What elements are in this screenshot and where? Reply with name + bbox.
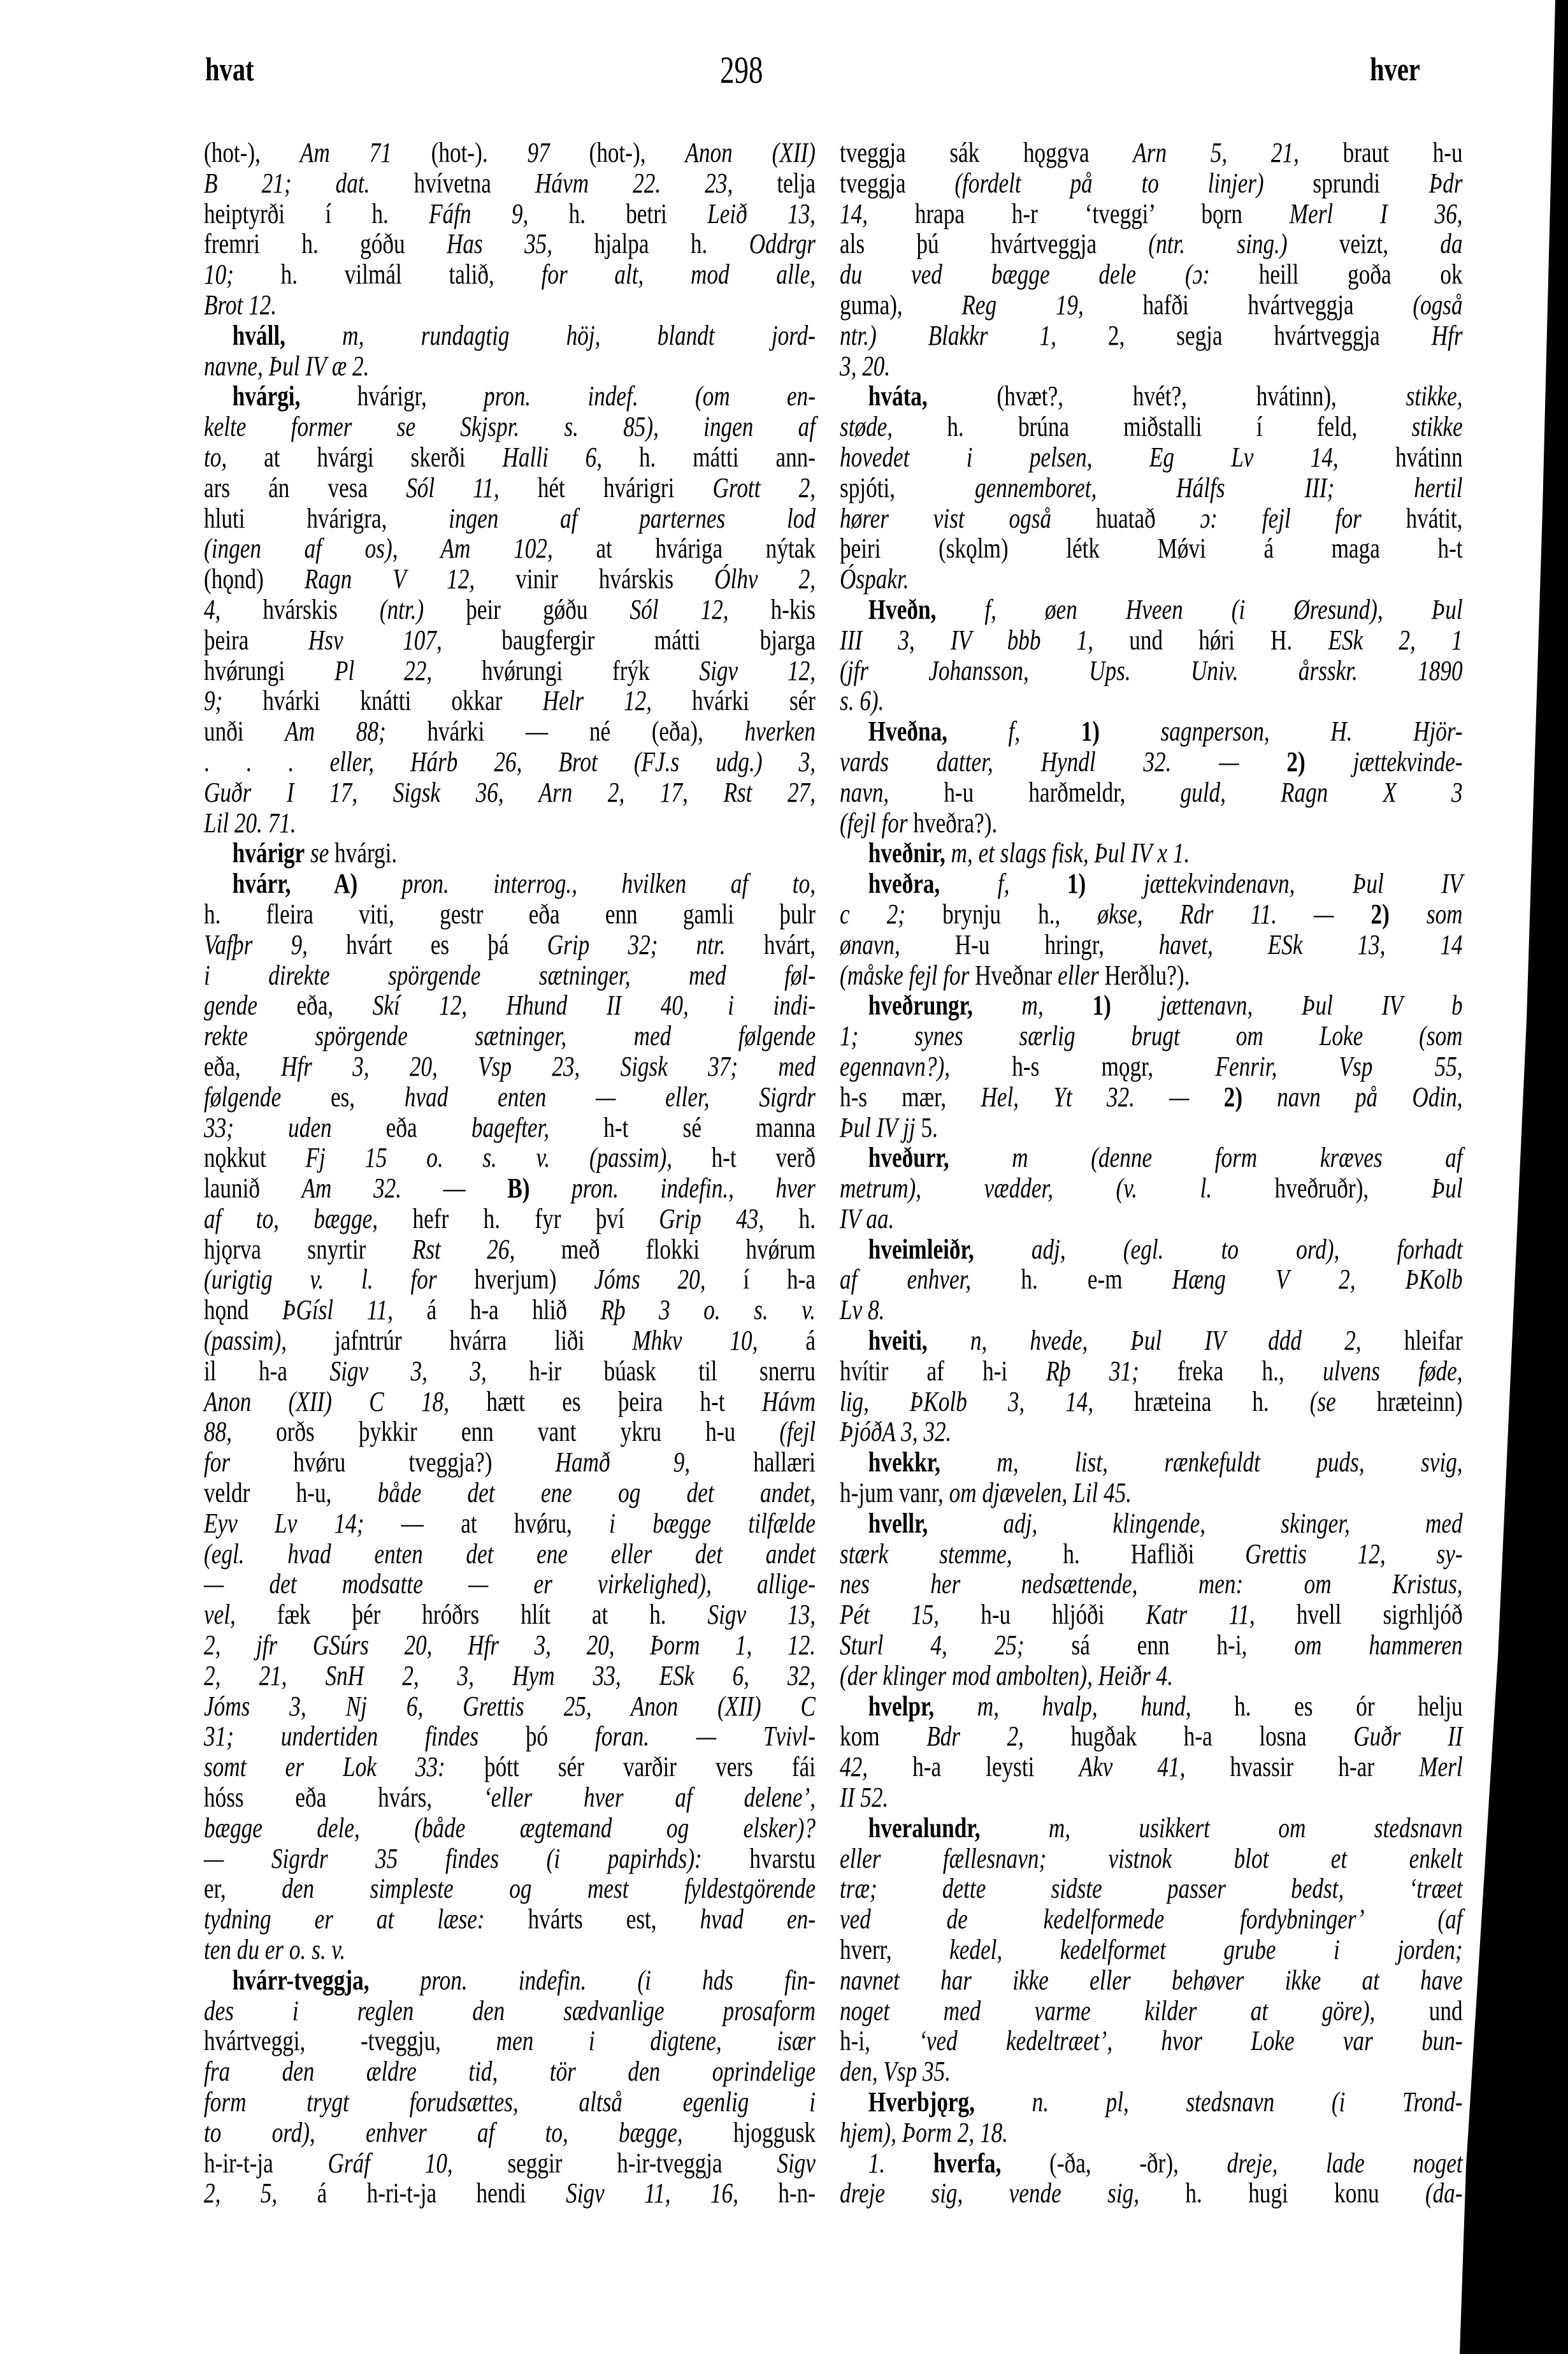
italic-text: eller, Hárb 26, Brot (FJ.s udg.) 3,: [330, 746, 816, 777]
text-line: (hot-), Am 71 (hot-). 97 (hot-), Anon (X…: [204, 138, 816, 168]
roman-text: hvárt es þá: [308, 929, 547, 960]
italic-text: Oddrgr: [749, 228, 816, 259]
italic-text: Anon (XII) C 18,: [204, 1386, 449, 1417]
italic-text: Am 32.: [302, 1173, 401, 1204]
italic-text: s. 6).: [840, 685, 884, 716]
italic-text: ønavn,: [840, 929, 900, 960]
roman-text: hverjum): [437, 1264, 594, 1295]
italic-text: Ragn V 12,: [305, 563, 475, 595]
headword: B): [507, 1173, 529, 1204]
text-line: bægge dele, (både ægtemand og elsker)?: [204, 1813, 816, 1844]
italic-text: 9;: [204, 685, 222, 716]
text-line: h-ir-t-ja Gráf 10, seggir h-ir-tveggja S…: [204, 2148, 816, 2179]
italic-text: m,: [973, 990, 1044, 1021]
headword: hveðra,: [868, 868, 940, 899]
roman-text: huatað: [1051, 503, 1200, 534]
roman-text: hvárgi.: [329, 837, 397, 869]
italic-text: tydning er at læse:: [204, 1903, 485, 1935]
italic-text: m, list, rænkefuldt puds, svig,: [940, 1447, 1463, 1478]
roman-text: hvátit,: [1362, 503, 1463, 534]
italic-text: både det ene og det andet,: [378, 1477, 816, 1508]
text-line: hjem), Þorm 2, 18.: [840, 2118, 1463, 2148]
italic-text: ÞGísl 11,: [282, 1294, 393, 1325]
italic-text: Jóms 20,: [594, 1264, 705, 1295]
roman-text: veldr h-u,: [204, 1477, 378, 1508]
text-line: Lv 8.: [840, 1295, 1463, 1325]
roman-text: þó: [478, 1721, 595, 1752]
italic-text: ɔ: fejl for: [1200, 503, 1362, 534]
text-line: Brot 12.: [204, 290, 816, 321]
text-line: Hverbjǫrg, n. pl, stedsnavn (i Trond-: [840, 2087, 1463, 2118]
roman-text: h-u hljóði: [939, 1599, 1146, 1630]
italic-text: to,: [204, 442, 227, 473]
italic-text: dreje sig, vende sig,: [840, 2177, 1139, 2209]
italic-text: pron. indef. (om en-: [484, 380, 816, 412]
italic-text: II 52.: [840, 1782, 888, 1813]
roman-text: h. fleira viti, gestr eða enn gamli þulr: [204, 899, 816, 930]
roman-text: hvárt,: [726, 929, 816, 960]
italic-text: stikke,: [1406, 380, 1463, 412]
text-line: hvárr-tveggja, pron. indefin. (i hds fin…: [204, 1965, 816, 1996]
text-line: Lil 20. 71.: [204, 808, 816, 839]
roman-text: hverr,: [840, 1934, 949, 1965]
italic-text: 97: [528, 137, 550, 168]
italic-text: navnet har ikke eller behøver ikke at ha…: [840, 1965, 1463, 1996]
text-line: tveggja sák hǫggva Arn 5, 21, braut h-u: [840, 138, 1463, 168]
page-number: 298: [720, 51, 763, 89]
text-line: i direkte spörgende sætninger, med føl-: [204, 960, 816, 991]
italic-text: (ntr. sing.): [1148, 228, 1287, 259]
italic-text: vel,: [204, 1599, 236, 1630]
italic-text: (urigtig v. l. for: [204, 1264, 437, 1295]
text-line: kelte former se Skjspr. s. 85), ingen af: [204, 412, 816, 442]
italic-text: Sigv 3, 3,: [329, 1355, 486, 1387]
italic-text: navn,: [840, 777, 889, 808]
roman-text: hét hvárigri: [500, 472, 713, 503]
roman-text: hvárki knátti okkar: [222, 685, 542, 716]
italic-text: (ingen af os), Am 102,: [204, 533, 553, 564]
text-line: . . . eller, Hárb 26, Brot (FJ.s udg.) 3…: [204, 747, 816, 777]
italic-text: Hel, Yt 32. —: [981, 1081, 1223, 1113]
text-line: rekte spörgende sætninger, med følgende: [204, 1021, 816, 1051]
roman-text: h. mátti ann-: [602, 442, 816, 473]
text-line: dreje sig, vende sig, h. hugi konu (da-: [840, 2178, 1463, 2209]
text-line: fra den ældre tid, tör den oprindelige: [204, 2056, 816, 2087]
italic-text: guld, Ragn X 3: [1181, 777, 1463, 808]
text-line: s. 6).: [840, 686, 1463, 716]
italic-text: Grettis 12, sy-: [1245, 1538, 1462, 1570]
roman-text: 5.: [916, 1112, 938, 1143]
roman-text: und hǿri H.: [1093, 625, 1328, 656]
roman-text: hvarstu: [702, 1843, 816, 1874]
roman-text: hjoggusk: [683, 2117, 816, 2148]
italic-text: 4,: [204, 594, 220, 625]
text-line: 31; undertiden findes þó foran. — Tvivl-: [204, 1721, 816, 1752]
italic-text: Þul IV jj: [840, 1112, 916, 1143]
text-line: hvárr, A) pron. interrog., hvilken af to…: [204, 869, 816, 899]
text-line: hjǫrva snyrtir Rst 26, með flokki hvǿrum: [204, 1234, 816, 1265]
roman-text: (-ða, -ðr),: [1001, 2148, 1226, 2179]
roman-text: hvárki sér: [652, 685, 816, 716]
italic-text: bægge dele, (både ægtemand og elsker)?: [204, 1812, 816, 1844]
italic-text: ten du er o. s. v.: [204, 1934, 345, 1965]
headword: hvárigr: [233, 837, 305, 869]
italic-text: (jfr Johansson, Ups. Univ. årsskr. 1890: [840, 655, 1463, 686]
italic-text: af to, bægge,: [204, 1203, 378, 1234]
italic-text: somt er Lok 33:: [204, 1751, 445, 1782]
italic-text: Rþ 31;: [1046, 1355, 1139, 1387]
italic-text: pron. indefin., hver: [529, 1173, 816, 1204]
italic-text: ESk 2, 1: [1328, 625, 1463, 656]
roman-text: veizt,: [1288, 228, 1441, 259]
italic-text: Bdr 2,: [926, 1721, 1024, 1752]
roman-text: með flokki hvǿrum: [515, 1234, 816, 1265]
roman-text: á h-a hlið: [393, 1294, 600, 1325]
roman-text: hǫnd: [204, 1294, 282, 1325]
italic-text: Gráf 10,: [327, 2148, 452, 2179]
italic-text: m, et slags fisk, Þul IV x 1.: [946, 837, 1190, 869]
italic-text: Mhkv 10,: [632, 1325, 758, 1356]
headword: hveðnir,: [868, 837, 946, 869]
italic-text: Sigv 13,: [708, 1599, 816, 1630]
italic-text: vards datter, Hyndl 32. —: [840, 746, 1286, 777]
roman-text: freka h.,: [1139, 1355, 1323, 1387]
italic-text: ‘eller hver af delene’,: [484, 1782, 816, 1813]
roman-text: hóss eða hvárs,: [204, 1782, 484, 1813]
roman-text: brynju h.,: [905, 899, 1097, 930]
italic-text: to ord), enhver af to, bægge,: [204, 2117, 683, 2148]
text-line: Jóms 3, Nj 6, Grettis 25, Anon (XII) C: [204, 1691, 816, 1722]
text-line: hvárgi, hvárigr, pron. indef. (om en-: [204, 381, 816, 412]
text-line: hvelpr, m, hvalp, hund, h. es ór helju: [840, 1691, 1463, 1722]
scan-shadow-edge: [1460, 0, 1568, 2354]
roman-text: H-u hringr,: [900, 929, 1159, 960]
headword: hvárr-tveggja,: [233, 1965, 370, 1996]
text-line: hvellr, adj, klingende, skinger, med: [840, 1508, 1463, 1539]
roman-text: jafntrúr hvárra liði: [287, 1325, 632, 1356]
text-line: støde, h. brúna miðstalli í feld, stikke: [840, 412, 1463, 442]
italic-text: om djævelen, Lil 45.: [949, 1477, 1132, 1508]
text-line: heiptyrði í h. Fáfn 9, h. betri Leið 13,: [204, 199, 816, 229]
italic-text: gennemboret, Hálfs III; hertil: [975, 472, 1463, 503]
italic-text: 1.: [868, 2148, 885, 2179]
text-line: træ; dette sidste passer bedst, ‘træet: [840, 1874, 1463, 1904]
italic-text: hvad en-: [700, 1903, 816, 1935]
text-line: — Sigrdr 35 findes (i papirhds): hvarstu: [204, 1844, 816, 1874]
text-line: (fejl for hveðra?).: [840, 808, 1463, 839]
italic-text: III 3, IV bbb 1,: [840, 625, 1093, 656]
italic-text: — det modsatte — er virkelighed), allige…: [204, 1568, 816, 1599]
roman-text: þeir gǿðu: [424, 594, 629, 625]
text-line: Hveðna, f, 1) sagnperson, H. Hjör-: [840, 716, 1463, 747]
text-line: 1. hverfa, (-ða, -ðr), dreje, lade noget: [840, 2148, 1463, 2179]
text-line: launið Am 32. — B) pron. indefin., hver: [204, 1173, 816, 1204]
italic-text: gende: [204, 990, 257, 1021]
italic-text: Ólhv 2,: [714, 563, 816, 595]
roman-text: h. brúna miðstalli í feld,: [893, 411, 1411, 442]
italic-text: Anon (XII): [685, 137, 816, 168]
text-line: Eyv Lv 14; — at hvǿru, i bægge tilfælde: [204, 1508, 816, 1539]
italic-text: havet, ESk 13, 14: [1159, 929, 1463, 960]
italic-text: hører vist også: [840, 503, 1051, 534]
italic-text: navn på Odin,: [1242, 1081, 1463, 1113]
text-line: eða, Hfr 3, 20, Vsp 23, Sigsk 37; med: [204, 1051, 816, 1082]
roman-text: á: [758, 1325, 816, 1356]
italic-text: (der klinger mod ambolten), Heiðr 4.: [840, 1660, 1173, 1691]
roman-text: hvárigr,: [300, 380, 484, 412]
italic-text: følgende: [204, 1081, 281, 1113]
italic-text: Sigv 12,: [700, 655, 816, 686]
roman-text: h-n-: [738, 2177, 816, 2209]
text-line: 10; h. vilmál talið, for alt, mod alle,: [204, 259, 816, 290]
roman-text: — at hvǿru,: [364, 1508, 609, 1539]
italic-text: metrum), vædder, (v. l.: [840, 1173, 1212, 1204]
italic-text: i direkte spörgende sætninger, med føl-: [204, 960, 816, 991]
roman-text: tveggja sák hǫggva: [840, 137, 1133, 168]
italic-text: Fenrir, Vsp 55,: [1215, 1051, 1462, 1082]
italic-text: den simpleste og mest fyldestgörende: [282, 1873, 816, 1904]
italic-text: (da-: [1425, 2177, 1463, 2209]
roman-text: h-ir búask til snerru: [487, 1355, 816, 1387]
text-line: B 21; dat. hvívetna Hávm 22. 23, telja: [204, 168, 816, 199]
text-line: to ord), enhver af to, bægge, hjoggusk: [204, 2118, 816, 2148]
text-line: 42, h-a leysti Akv 41, hvassir h-ar Merl: [840, 1752, 1463, 1782]
italic-text: Hávm 22. 23,: [535, 168, 733, 199]
italic-text: (se: [1310, 1386, 1336, 1417]
text-line: unði Am 88; hvárki — né (eða), hverken: [204, 716, 816, 747]
text-line: veldr h-u, både det ene og det andet,: [204, 1478, 816, 1508]
italic-text: m, usikkert om stedsnavn: [981, 1812, 1463, 1844]
italic-text: B 21; dat.: [204, 168, 370, 199]
text-line: als þú hvártveggja (ntr. sing.) veizt, d…: [840, 229, 1463, 259]
italic-text: for: [204, 1447, 230, 1478]
italic-text: (ntr.): [380, 594, 424, 625]
text-line: h-jum vanr, om djævelen, Lil 45.: [840, 1478, 1463, 1508]
running-head-left: hvat: [205, 51, 254, 89]
italic-text: men i digtene, især: [496, 2025, 816, 2056]
roman-text: h-a leysti: [868, 1751, 1079, 1782]
running-head-right: hver: [1370, 51, 1420, 89]
roman-text: fæk þér hróðrs hlít at h.: [236, 1599, 708, 1630]
roman-text: telja: [733, 168, 816, 199]
italic-text: for alt, mod alle,: [542, 259, 816, 290]
italic-text: (også: [1413, 289, 1462, 321]
italic-text: (fejl: [779, 1416, 816, 1447]
text-line: 1; synes særlig brugt om Loke (som: [840, 1021, 1463, 1051]
italic-text: Fj 15 o. s. v. (passim),: [305, 1142, 672, 1173]
italic-text: af enhver,: [840, 1264, 971, 1295]
text-line: 14, hrapa h-r ‘tveggi’ bǫrn Merl I 36,: [840, 199, 1463, 229]
italic-text: noget med varme kilder at göre),: [840, 1995, 1375, 2026]
text-line: 9; hvárki knátti okkar Helr 12, hvárki s…: [204, 686, 816, 716]
italic-text: ‘ved kedeltræet’, hvor Loke var bun-: [919, 2025, 1462, 2056]
roman-text: hvítir af h-i: [840, 1355, 1046, 1387]
italic-text: n. pl, stedsnavn (i Trond-: [975, 2086, 1463, 2118]
roman-text: (hǫnd): [204, 563, 305, 595]
roman-text: at hvárgi skerði: [227, 442, 502, 473]
roman-text: h-i,: [840, 2025, 919, 2056]
roman-text: il h-a: [204, 1355, 329, 1387]
italic-text: Guðr I 17, Sigsk 36, Arn 2, 17, Rst 27,: [204, 777, 816, 808]
roman-text: er,: [204, 1873, 282, 1904]
italic-text: 2, 21, SnH 2, 3, Hym 33, ESk 6, 32,: [204, 1660, 816, 1691]
roman-text: hleifar: [1362, 1325, 1463, 1356]
text-line: Sturl 4, 25; sá enn h-i, om hammeren: [840, 1630, 1463, 1661]
roman-text: ars án vesa: [204, 472, 406, 503]
text-line: hveimleiðr, adj, (egl. to ord), forhadt: [840, 1234, 1463, 1265]
text-line: h. fleira viti, gestr eða enn gamli þulr: [204, 899, 816, 930]
text-line: for hvǿru tveggja?) Hamð 9, hallæri: [204, 1447, 816, 1478]
headword: hvárr, A): [233, 868, 357, 899]
roman-text: í h-a: [706, 1264, 816, 1295]
italic-text: (fejl for: [840, 807, 908, 839]
roman-text: hvassir h-ar: [1185, 1751, 1419, 1782]
roman-text: hræteinn): [1336, 1386, 1463, 1417]
italic-text: Grip 32; ntr.: [547, 929, 726, 960]
text-line: h-i, ‘ved kedeltræet’, hvor Loke var bun…: [840, 2026, 1463, 2056]
italic-text: Halli 6,: [502, 442, 602, 473]
roman-text: heill goða ok: [1210, 259, 1463, 290]
headword: Hveðn,: [868, 594, 937, 625]
headword: hváll,: [233, 320, 285, 351]
italic-text: rekte spörgende sætninger, med følgende: [204, 1020, 816, 1051]
roman-text: h. es ór helju: [1191, 1691, 1463, 1722]
italic-text: jættenavn, Þul IV b: [1111, 990, 1463, 1021]
roman-text: hafði hvártveggja: [1084, 289, 1413, 321]
italic-text: 2, jfr GSúrs 20, Hfr 3, 20, Þorm 1, 12.: [204, 1629, 816, 1661]
roman-text: hvártveggi, -tveggju,: [204, 2025, 496, 2056]
text-line: (måske fejl for Hveðnar eller Herðlu?).: [840, 960, 1463, 991]
text-line: to, at hvárgi skerði Halli 6, h. mátti a…: [204, 442, 816, 473]
text-line: Vafþr 9, hvárt es þá Grip 32; ntr. hvárt…: [204, 930, 816, 960]
roman-text: h. e-m: [971, 1264, 1172, 1295]
text-line: følgende es, hvad enten — eller, Sigrdr: [204, 1082, 816, 1113]
headword: hveiti,: [868, 1325, 928, 1356]
roman-text: hrapa h-r ‘tveggi’ bǫrn: [868, 198, 1290, 229]
text-line: hveiti, n, hvede, Þul IV ddd 2, hleifar: [840, 1325, 1463, 1356]
roman-text: (hot-),: [204, 137, 300, 168]
italic-text: Akv 41,: [1079, 1751, 1186, 1782]
right-column: tveggja sák hǫggva Arn 5, 21, braut h-ut…: [840, 138, 1463, 2209]
roman-text: hjǫrva snyrtir: [204, 1234, 412, 1265]
text-line: gende eða, Skí 12, Hhund II 40, i indi-: [204, 990, 816, 1021]
roman-text: fremri h. góðu: [204, 228, 447, 259]
italic-text: den, Vsp 35.: [840, 2056, 951, 2087]
text-line: hóss eða hvárs, ‘eller hver af delene’,: [204, 1782, 816, 1813]
roman-text: heiptyrði í h.: [204, 198, 429, 229]
italic-text: Lv 8.: [840, 1294, 884, 1325]
text-line: ten du er o. s. v.: [204, 1935, 816, 1965]
roman-text: (hvæt?, hvét?, hvátinn),: [928, 380, 1406, 412]
roman-text: hallæri: [690, 1447, 816, 1478]
italic-text: jættekvindenavn, Þul IV: [1086, 868, 1462, 899]
italic-text: Sigv 11, 16,: [566, 2177, 738, 2209]
italic-text: 14,: [840, 198, 868, 229]
text-line: spjóti, gennemboret, Hálfs III; hertil: [840, 473, 1463, 503]
roman-text: hvárts est,: [485, 1903, 700, 1935]
text-line: form trygt forudsættes, altså egenlig i: [204, 2087, 816, 2118]
roman-text: h-t verð: [672, 1142, 816, 1173]
text-line: den, Vsp 35.: [840, 2056, 1463, 2087]
italic-text: Sól 11,: [406, 472, 500, 503]
text-line: navn, h-u harðmeldr, guld, Ragn X 3: [840, 777, 1463, 808]
headword: hveðrungr,: [868, 990, 973, 1021]
roman-text: h-u harðmeldr,: [889, 777, 1180, 808]
italic-text: ulvens føde,: [1323, 1355, 1463, 1387]
roman-text: Hveðnar: [969, 960, 1058, 991]
roman-text: þeira: [204, 625, 308, 656]
headword: hvellr,: [868, 1508, 928, 1539]
text-line: 3, 20.: [840, 351, 1463, 382]
roman-text: hefr h. fyr því: [378, 1203, 659, 1234]
italic-text: lig, ÞKolb 3, 14,: [840, 1386, 1093, 1417]
italic-text: hovedet i pelsen, Eg Lv 14,: [840, 442, 1339, 473]
italic-text: n, hvede, Þul IV ddd 2,: [928, 1325, 1362, 1356]
italic-text: eller: [1058, 960, 1099, 991]
italic-text: jættekvinde-: [1305, 746, 1463, 777]
text-line: Anon (XII) C 18, hætt es þeira h-t Hávm: [204, 1387, 816, 1417]
roman-text: hvárskis: [220, 594, 379, 625]
roman-text: h.: [764, 1203, 816, 1234]
text-line: hvǿrungi Pl 22, hvǿrungi frýk Sigv 12,: [204, 656, 816, 686]
text-line: 2, 5, á h-ri-t-ja hendi Sigv 11, 16, h-n…: [204, 2178, 816, 2209]
headword: 2): [1286, 746, 1305, 777]
text-line: þeira Hsv 107, baugfergir mátti bjarga: [204, 625, 816, 656]
italic-text: Lil 20. 71.: [204, 807, 296, 839]
roman-text: braut h-u: [1299, 137, 1463, 168]
roman-text: —: [401, 1173, 507, 1204]
roman-text: hjalpa h.: [552, 228, 749, 259]
italic-text: Eyv Lv 14;: [204, 1508, 364, 1539]
italic-text: Helr 12,: [543, 685, 652, 716]
text-line: (jfr Johansson, Ups. Univ. årsskr. 1890: [840, 656, 1463, 686]
text-line: hváll, m, rundagtig höj, blandt jord-: [204, 321, 816, 351]
italic-text: f, øen Hveen (i Øresund), Þul: [936, 594, 1462, 625]
italic-text: stikke: [1411, 411, 1462, 442]
roman-text: als þú hvártveggja: [840, 228, 1148, 259]
italic-text: 1; synes særlig brugt om Loke (som: [840, 1020, 1463, 1051]
italic-text: (fordelt på to linjer): [954, 168, 1263, 199]
text-line: il h-a Sigv 3, 3, h-ir búask til snerru: [204, 1356, 816, 1387]
italic-text: Merl: [1419, 1751, 1462, 1782]
italic-text: se: [305, 837, 329, 869]
italic-text: støde,: [840, 411, 893, 442]
italic-text: Guðr II: [1353, 1721, 1462, 1752]
text-line: af enhver, h. e-m Hæng V 2, ÞKolb: [840, 1264, 1463, 1295]
text-line: ønavn, H-u hringr, havet, ESk 13, 14: [840, 930, 1463, 960]
italic-text: dreje, lade noget: [1227, 2148, 1463, 2179]
text-line: II 52.: [840, 1782, 1463, 1813]
roman-text: kom: [840, 1721, 926, 1752]
italic-text: hjem), Þorm 2, 18.: [840, 2117, 1008, 2148]
roman-text: h-kis: [729, 594, 816, 625]
text-line: hvítir af h-i Rþ 31; freka h., ulvens fø…: [840, 1356, 1463, 1387]
roman-text: nǫkkut: [204, 1142, 305, 1173]
italic-text: Óspakr.: [840, 563, 909, 595]
text-line: h-s mær, Hel, Yt 32. — 2) navn på Odin,: [840, 1082, 1463, 1113]
roman-text: unði: [204, 716, 285, 747]
italic-text: Katr 11,: [1146, 1599, 1255, 1630]
italic-text: (egl. hvad enten det ene eller det andet: [204, 1538, 816, 1570]
left-column: (hot-), Am 71 (hot-). 97 (hot-), Anon (X…: [204, 138, 816, 2209]
italic-text: f,: [947, 716, 1020, 747]
headword: Hverbjǫrg,: [868, 2086, 975, 2118]
italic-text: m, rundagtig höj, blandt jord-: [285, 320, 816, 351]
text-line: — det modsatte — er virkelighed), allige…: [204, 1569, 816, 1599]
italic-text: Fáfn 9,: [429, 198, 528, 229]
text-line: er, den simpleste og mest fyldestgörende: [204, 1874, 816, 1904]
roman-text: seggir h-ir-tveggja: [453, 2148, 777, 2179]
